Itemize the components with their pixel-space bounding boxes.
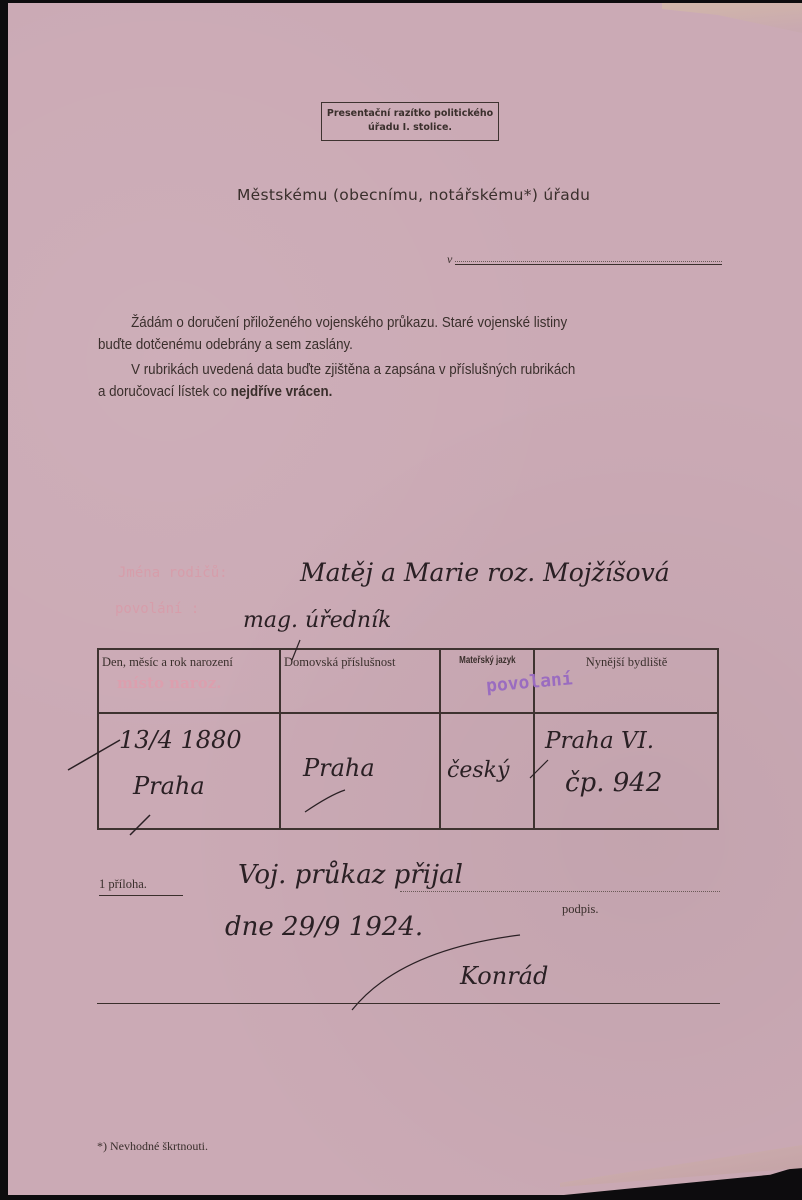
- handwritten-signature: Konrád: [460, 962, 548, 990]
- location-dotted-line: [455, 261, 722, 262]
- handwritten-residence-line2: čp. 942: [565, 768, 662, 798]
- paragraph-request: Žádám o doručení přiloženého vojenského …: [98, 312, 687, 356]
- paragraph2-line2-bold: nejdříve vrácen.: [231, 384, 333, 400]
- handwritten-birth-date: 13/4 1880: [119, 726, 242, 754]
- handwritten-domicile: Praha: [303, 754, 375, 782]
- header-mother-tongue: Mateřský jazyk: [450, 650, 524, 666]
- personal-data-table: Den, měsíc a rok narození místo naroz. D…: [97, 648, 719, 830]
- presentation-stamp-box: Presentační razítko politického úřadu I.…: [321, 102, 499, 141]
- addressee-heading: Městskému (obecnímu, notářskému*) úřadu: [237, 186, 590, 204]
- cell-language: český: [440, 713, 534, 829]
- bottom-rule: [97, 1003, 720, 1004]
- paragraph1-line1: Žádám o doručení přiloženého vojenského …: [131, 315, 567, 331]
- table-row: 13/4 1880 Praha Praha český Praha VI. čp…: [98, 713, 718, 829]
- handwritten-parents: Matěj a Marie roz. Mojžíšová: [300, 558, 670, 587]
- header-domicile: Domovská příslušnost: [281, 650, 439, 670]
- header-cell-language: Mateřský jazyk povolaní: [440, 649, 534, 713]
- handwritten-occupation: mag. úředník: [243, 608, 391, 633]
- stamp-birth-place: místo naroz.: [117, 674, 221, 692]
- faint-label-occupation: povolání :: [115, 601, 199, 617]
- handwritten-residence-line1: Praha VI.: [545, 728, 654, 754]
- signature-label: podpis.: [562, 902, 598, 917]
- attachment-label: 1 příloha.: [99, 877, 183, 896]
- handwritten-receipt-line1: Voj. průkaz přijal: [238, 860, 463, 890]
- location-field: [455, 264, 722, 265]
- handwritten-receipt-line2: dne 29/9 1924.: [225, 912, 423, 942]
- header-cell-birth: Den, měsíc a rok narození místo naroz.: [98, 649, 280, 713]
- stamp-box-line1: Presentační razítko politického: [322, 107, 498, 121]
- location-prefix: v: [447, 252, 452, 267]
- table-header-row: Den, měsíc a rok narození místo naroz. D…: [98, 649, 718, 713]
- stamp-box-line2: úřadu I. stolice.: [322, 121, 498, 135]
- cell-domicile: Praha: [280, 713, 440, 829]
- header-residence: Nynější bydliště: [535, 650, 717, 670]
- paragraph2-line2: a doručovací lístek co: [98, 384, 231, 400]
- header-birth-date: Den, měsíc a rok narození: [99, 650, 279, 670]
- cell-residence: Praha VI. čp. 942: [534, 713, 718, 829]
- document-page: [8, 3, 802, 1195]
- faint-label-parents: Jména rodičů:: [118, 565, 228, 581]
- signature-dotted-line: [400, 891, 720, 892]
- paragraph1-line2: buďte dotčenému odebrány a sem zaslány.: [98, 337, 353, 353]
- paragraph-instructions: V rubrikách uvedená data buďte zjištěna …: [98, 359, 687, 403]
- handwritten-mother-tongue: český: [447, 758, 509, 783]
- header-cell-domicile: Domovská příslušnost: [280, 649, 440, 713]
- paragraph2-line1: V rubrikách uvedená data buďte zjištěna …: [131, 362, 575, 378]
- handwritten-birth-place: Praha: [133, 772, 205, 800]
- cell-birth: 13/4 1880 Praha: [98, 713, 280, 829]
- footnote: *) Nevhodné škrtnouti.: [97, 1139, 208, 1154]
